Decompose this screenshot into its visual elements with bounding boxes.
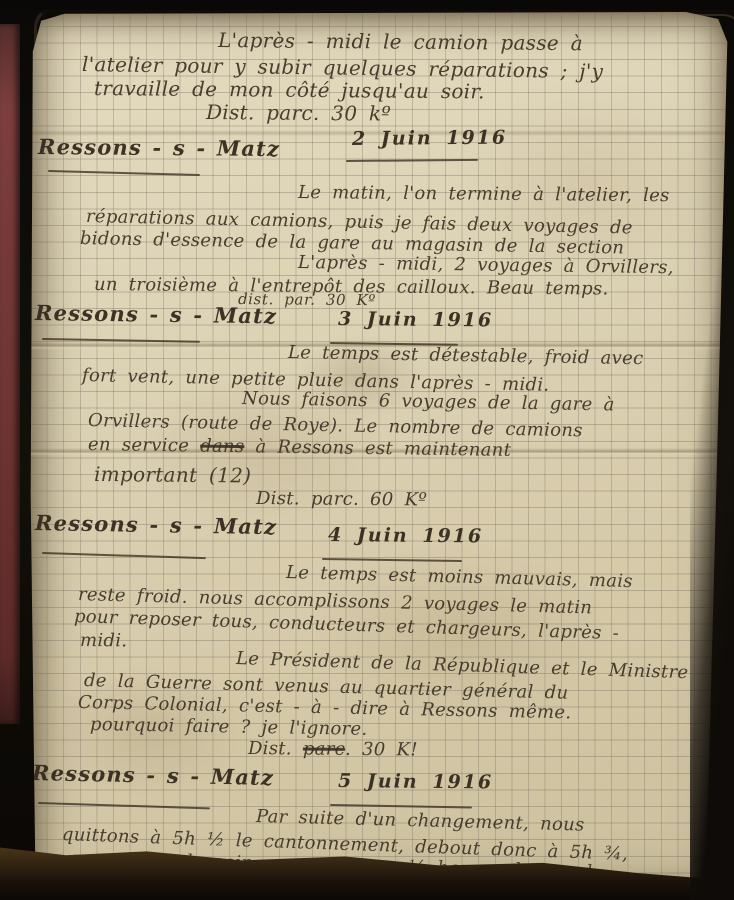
distance-note: Dist. parc. 30 kº bbox=[206, 100, 391, 126]
line-segment: Dist. bbox=[248, 738, 303, 759]
struck-word: parc bbox=[303, 738, 345, 759]
line-segment: à Ressons est maintenant bbox=[244, 436, 511, 461]
entry-date: 2 Juin 1916 bbox=[352, 127, 507, 150]
handwritten-line: Le matin, l'on termine à l'atelier, les bbox=[298, 182, 670, 206]
entry-date: 4 Juin 1916 bbox=[328, 524, 483, 547]
entry-date: 3 Juin 1916 bbox=[338, 308, 493, 331]
entry-date: 5 Juin 1916 bbox=[338, 770, 493, 793]
handwritten-line: L'après - midi le camion passe à bbox=[218, 28, 583, 55]
distance-note: Dist. parc. 60 Kº bbox=[256, 488, 427, 510]
diary-photo: L'après - midi le camion passe à l'ateli… bbox=[0, 0, 734, 900]
line-segment: . 30 K! bbox=[345, 739, 418, 761]
notebook-top-edge bbox=[0, 0, 734, 10]
line-segment: en service bbox=[88, 434, 200, 457]
entry-place: Ressons - s - Matz bbox=[35, 300, 277, 328]
book-cover-edge bbox=[0, 24, 20, 724]
struck-word: dans bbox=[200, 436, 245, 458]
distance-note: Dist. parc. 30 K! bbox=[248, 738, 418, 760]
handwritten-line: travaille de mon côté jusqu'au soir. bbox=[94, 76, 485, 103]
entry-place: Ressons - s - Matz bbox=[35, 510, 278, 539]
entry-place: Ressons - s - Matz bbox=[38, 134, 280, 161]
entry-place: Ressons - s - Matz bbox=[32, 760, 275, 790]
handwritten-line: important (12) bbox=[94, 462, 251, 487]
handwritten-line: midi. bbox=[80, 630, 128, 651]
notebook-page: L'après - midi le camion passe à l'ateli… bbox=[30, 12, 728, 890]
notebook-right-edge bbox=[690, 0, 734, 900]
